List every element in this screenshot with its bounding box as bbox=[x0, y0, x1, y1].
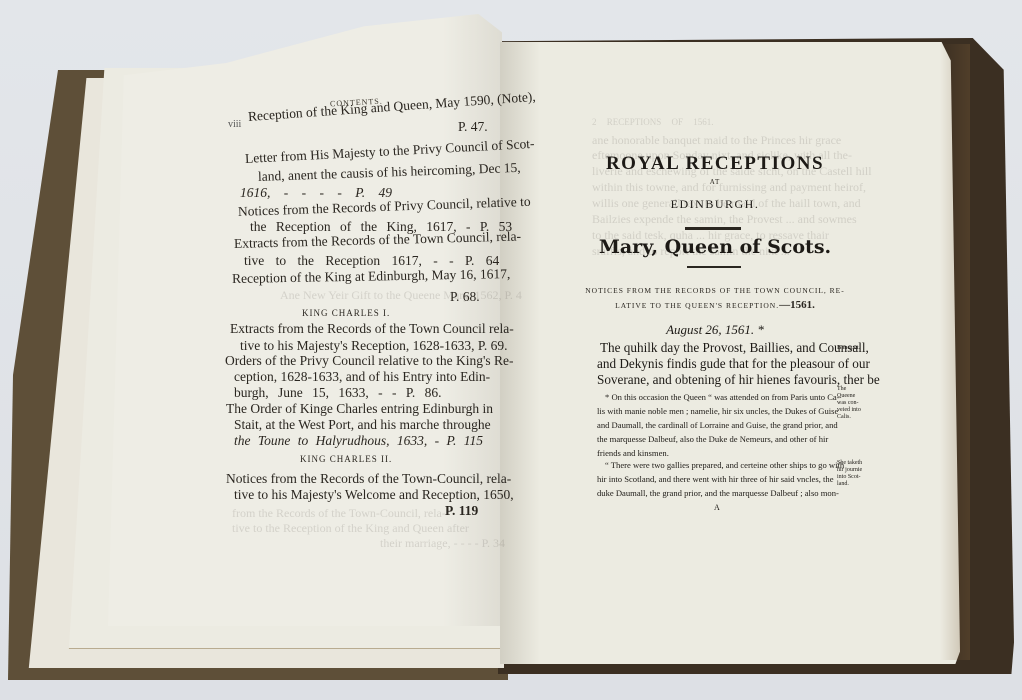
footnote-line: hir into Scotland, and there went with h… bbox=[597, 474, 834, 484]
title-connector: AT bbox=[510, 178, 920, 186]
footnote-line: duke Daumall, the grand prior, and the m… bbox=[597, 488, 839, 498]
footnote-line: * On this occasion the Queen “ was atten… bbox=[605, 392, 840, 402]
contents-page-ref: P. 119 bbox=[445, 502, 478, 519]
section-heading-line-2: LATIVE TO THE QUEEN'S RECEPTION.—1561. bbox=[510, 298, 920, 313]
contents-line: Orders of the Privy Council relative to … bbox=[225, 352, 514, 369]
contents-line: burgh, June 15, 1633, - - P. 86. bbox=[234, 384, 442, 401]
show-through-text: Ane New Yeir Gift to the Queene Mary, 15… bbox=[280, 288, 522, 303]
contents-line: Notices from the Records of the Town-Cou… bbox=[226, 470, 511, 487]
show-through-text: Bailzies expende the samin, the Provest … bbox=[592, 212, 857, 227]
section-heading-charles-ii: KING CHARLES II. bbox=[300, 451, 392, 468]
contents-line: the Toune to Halyrudhous, 1633, - P. 115 bbox=[234, 432, 483, 449]
margin-note-journey: She taketh hir journie into Scot- land. bbox=[837, 460, 862, 488]
entry-date: August 26, 1561. * bbox=[510, 322, 920, 338]
section-heading-line-1: NOTICES FROM THE RECORDS OF THE TOWN COU… bbox=[510, 284, 920, 298]
show-through-text: from the Records of the Town-Council, re… bbox=[232, 506, 446, 521]
body-line: and Dekynis findis gude that for the ple… bbox=[597, 356, 870, 372]
show-through-text: 2 RECEPTIONS OF 1561. bbox=[592, 117, 714, 127]
footnote-line: “ There were two gallies prepared, and c… bbox=[605, 460, 844, 470]
right-page-foxed-edge bbox=[940, 44, 970, 660]
contents-page-ref: P. 47. bbox=[458, 118, 488, 135]
footnote-line: friends and kinsmen. bbox=[597, 448, 669, 458]
title-rule bbox=[685, 227, 741, 230]
book-title: ROYAL RECEPTIONS bbox=[510, 153, 920, 175]
signature-mark: A bbox=[714, 503, 720, 512]
body-line: The quhilk day the Provost, Baillies, an… bbox=[600, 340, 869, 356]
footnote-line: lis with manie noble men ; namelie, hir … bbox=[597, 406, 838, 416]
footnote-line: the marquesse Dalbeuf, also the Duke de … bbox=[597, 434, 828, 444]
contents-line: Stait, at the West Port, and his marche … bbox=[234, 416, 491, 433]
margin-note-banquet: Banquet. bbox=[837, 344, 860, 351]
title-place: EDINBURGH. bbox=[510, 197, 920, 212]
show-through-text: their marriage, - - - - P. 34 bbox=[380, 536, 505, 551]
contents-line: Extracts from the Records of the Town Co… bbox=[230, 320, 514, 337]
margin-note-calis: The Queene was con- veied into Calis. bbox=[837, 386, 861, 421]
chapter-rule bbox=[687, 266, 741, 268]
page-number: viii bbox=[228, 116, 241, 133]
contents-line: The Order of Kinge Charles entring Edinb… bbox=[226, 400, 493, 417]
contents-line: tive to his Majesty's Welcome and Recept… bbox=[234, 486, 514, 503]
contents-line: ception, 1628-1633, and of his Entry int… bbox=[234, 368, 490, 385]
show-through-text: tive to the Reception of the King and Qu… bbox=[232, 521, 469, 536]
section-heading: NOTICES FROM THE RECORDS OF THE TOWN COU… bbox=[510, 284, 920, 313]
chapter-title: Mary, Queen of Scots. bbox=[510, 236, 920, 258]
footnote-line: and Daumall, the cardinall of Lorraine a… bbox=[597, 420, 838, 430]
show-through-text: ane honorable banquet maid to the Prince… bbox=[592, 133, 841, 148]
